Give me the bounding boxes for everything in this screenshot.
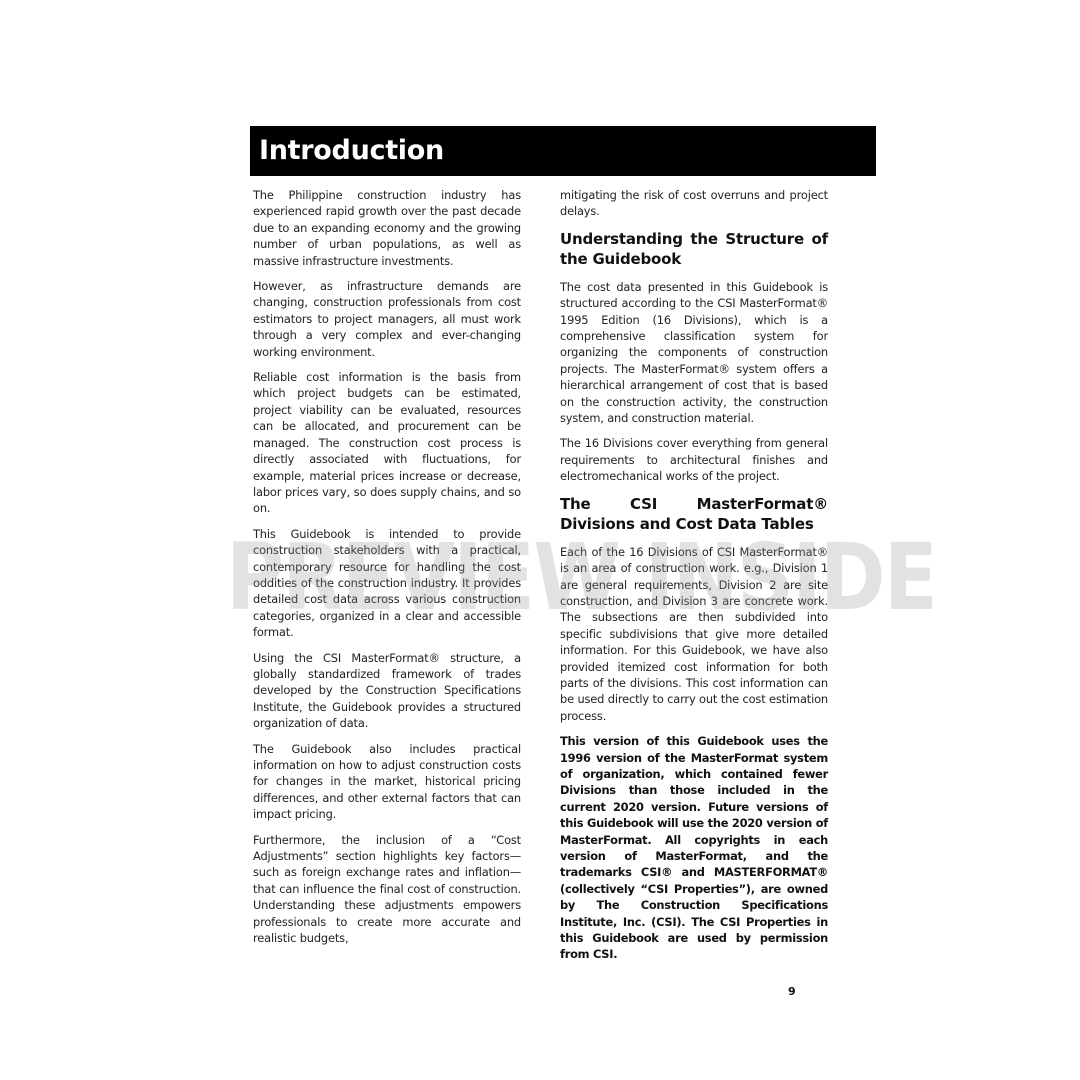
body-paragraph: The Guidebook also includes practical in… <box>253 741 521 823</box>
body-paragraph: Using the CSI MasterFormat® structure, a… <box>253 650 521 732</box>
body-paragraph: Each of the 16 Divisions of CSI MasterFo… <box>560 544 828 724</box>
body-paragraph: The Philippine construction industry has… <box>253 187 521 269</box>
page-number: 9 <box>788 985 796 998</box>
body-paragraph: The cost data presented in this Guideboo… <box>560 279 828 427</box>
body-paragraph: This Guidebook is intended to provide co… <box>253 526 521 641</box>
body-paragraph: The 16 Divisions cover everything from g… <box>560 435 828 484</box>
section-heading-divisions: The CSI MasterFormat® Divisions and Cost… <box>560 494 828 535</box>
body-paragraph: However, as infrastructure demands are c… <box>253 278 521 360</box>
continuation-paragraph: mitigating the risk of cost overruns and… <box>560 187 828 220</box>
page-title: Introduction <box>259 131 444 171</box>
right-column: mitigating the risk of cost overruns and… <box>560 187 828 972</box>
section-heading-structure: Understanding the Structure of the Guide… <box>560 229 828 270</box>
copyright-note: This version of this Guidebook uses the … <box>560 733 828 963</box>
section-title-bar: Introduction <box>250 126 876 176</box>
body-paragraph: Furthermore, the inclusion of a “Cost Ad… <box>253 832 521 947</box>
left-column: The Philippine construction industry has… <box>253 187 521 955</box>
body-paragraph: Reliable cost information is the basis f… <box>253 369 521 517</box>
